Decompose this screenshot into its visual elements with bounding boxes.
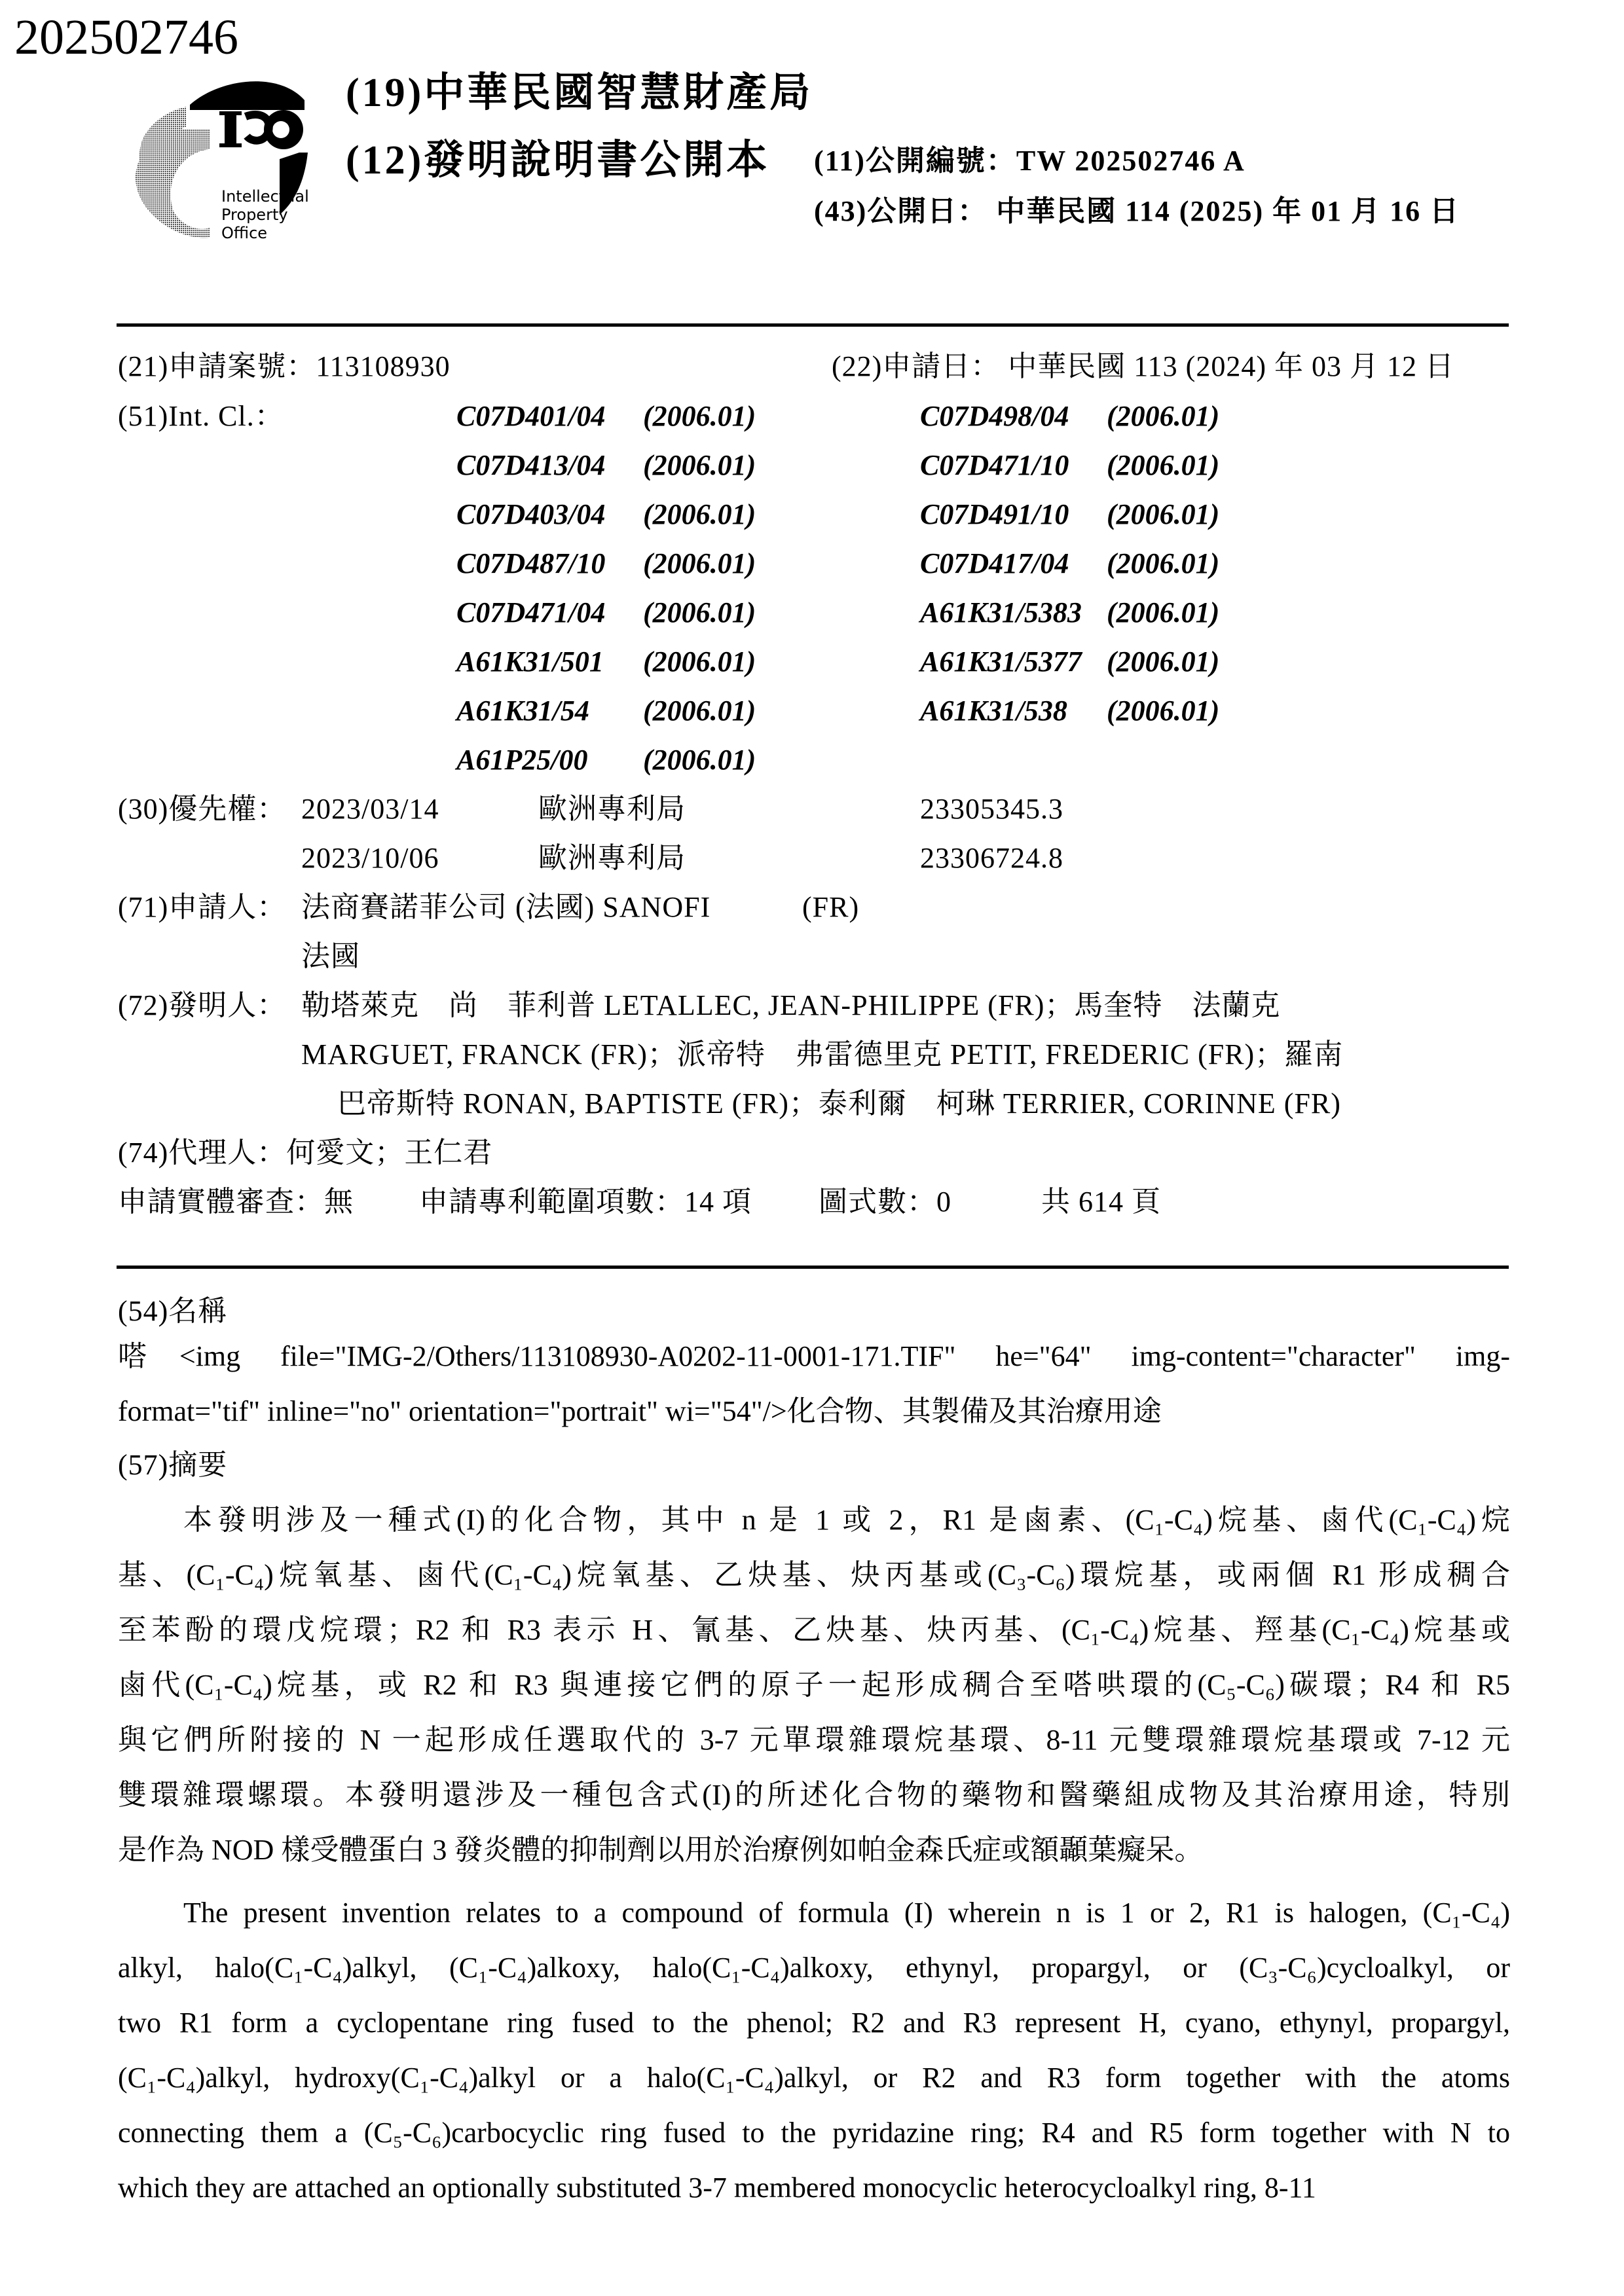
total-pages: 共 614 頁: [1041, 1184, 1161, 1220]
abstract-label: (57)摘要: [118, 1447, 227, 1484]
publication-date: (43)公開日： 中華民國 114 (2025) 年 01 月 16 日: [814, 193, 1460, 230]
priority-office: 歐洲專利局: [538, 791, 686, 828]
abstract-zh-line: 與它們所附接的 N 一起形成任選取代的 3-7 元單環雜環烷基環、8-11 元雙…: [118, 1713, 1510, 1768]
logo-text-1: Intellectual: [221, 187, 309, 206]
applicant-label: (71)申請人：: [118, 889, 286, 926]
ipc-entry: C07D403/04(2006.01): [456, 496, 756, 533]
abstract-en-line: connecting them a (C₅-C₆)carbocyclic rin…: [118, 2105, 1510, 2160]
abstract-en-line: The present invention relates to a compo…: [118, 1886, 1510, 1941]
title-line: format="tif" inline="no" orientation="po…: [118, 1384, 1510, 1439]
abstract-en-line: which they are attached an optionally su…: [118, 2160, 1510, 2215]
ipc-entry: C07D471/10(2006.01): [920, 447, 1219, 484]
int-cl-label: (51)Int. Cl.：: [118, 398, 284, 435]
logo-text-2: Property: [221, 206, 288, 224]
ipc-entry: C07D487/10(2006.01): [456, 545, 756, 582]
logo-text-3: Office: [221, 224, 267, 242]
ipc-entry: C07D471/04(2006.01): [456, 594, 756, 631]
claims-count: 申請專利範圍項數：14 項: [419, 1184, 752, 1220]
filing-date: (22)申請日： 中華民國 113 (2024) 年 03 月 12 日: [832, 348, 1454, 385]
agent: (74)代理人：何愛文；王仁君: [118, 1135, 492, 1171]
applicant-country: 法國: [301, 938, 360, 975]
application-number: (21)申請案號：113108930: [118, 348, 451, 385]
document-type: (12)發明說明書公開本: [346, 134, 769, 187]
abstract-zh-line: 本發明涉及一種式(I)的化合物，其中 n 是 1 或 2，R1 是鹵素、(C₁-…: [118, 1493, 1510, 1548]
ipc-entry: A61K31/5383(2006.01): [920, 594, 1219, 631]
tipo-logo-icon: Intellectual Property Office: [128, 71, 318, 247]
ipc-entry: C07D498/04(2006.01): [920, 398, 1219, 435]
abstract-en-line: alkyl, halo(C₁-C₄)alkyl, (C₁-C₄)alkoxy, …: [118, 1941, 1510, 1995]
document-number: 202502746: [14, 8, 238, 67]
ipc-entry: A61P25/00(2006.01): [456, 742, 756, 778]
ipc-entry: A61K31/501(2006.01): [456, 644, 756, 680]
priority-number: 23305345.3: [920, 791, 1063, 828]
ipc-entry: A61K31/538(2006.01): [920, 693, 1219, 729]
priority-date: 2023/10/06: [301, 840, 439, 877]
abstract-zh-line: 是作為 NOD 樣受體蛋白 3 發炎體的抑制劑以用於治療例如帕金森氏症或額顳葉癡…: [118, 1823, 1510, 1878]
inventor-line: MARGUET, FRANCK (FR)；派帝特 弗雷德里克 PETIT, FR…: [301, 1036, 1343, 1073]
publication-number: (11)公開編號：TW 202502746 A: [814, 143, 1246, 179]
abstract-zh-line: 鹵代(C₁-C₄)烷基，或 R2 和 R3 與連接它們的原子一起形成稠合至嗒哄環…: [118, 1658, 1510, 1713]
abstract-zh-line: 基、(C₁-C₄)烷氧基、鹵代(C₁-C₄)烷氧基、乙炔基、炔丙基或(C₃-C₆…: [118, 1548, 1510, 1603]
exam-request: 申請實體審查：無: [118, 1184, 354, 1220]
ipc-entry: A61K31/54(2006.01): [456, 693, 756, 729]
priority-office: 歐洲專利局: [538, 840, 686, 877]
title-label: (54)名稱: [118, 1293, 227, 1330]
top-divider: [117, 323, 1509, 327]
ipc-entry: C07D401/04(2006.01): [456, 398, 756, 435]
figures-count: 圖式數：0: [819, 1184, 951, 1220]
section-divider: [117, 1266, 1509, 1269]
abstract-zh: 本發明涉及一種式(I)的化合物，其中 n 是 1 或 2，R1 是鹵素、(C₁-…: [118, 1493, 1510, 1878]
ipc-entry: A61K31/5377(2006.01): [920, 644, 1219, 680]
issuing-office: (19)中華民國智慧財產局: [346, 67, 813, 119]
priority-number: 23306724.8: [920, 840, 1063, 877]
abstract-zh-line: 雙環雜環螺環。本發明還涉及一種包含式(I)的所述化合物的藥物和醫藥組成物及其治療…: [118, 1768, 1510, 1823]
abstract-en-line: (C₁-C₄)alkyl, hydroxy(C₁-C₄)alkyl or a h…: [118, 2050, 1510, 2105]
abstract-zh-line: 至苯酚的環戊烷環；R2 和 R3 表示 H、氰基、乙炔基、炔丙基、(C₁-C₄)…: [118, 1603, 1510, 1658]
ipc-entry: C07D413/04(2006.01): [456, 447, 756, 484]
applicant-name: 法商賽諾菲公司 (法國) SANOFI: [301, 889, 710, 926]
applicant-country-code: (FR): [802, 889, 859, 926]
ipc-entry: C07D417/04(2006.01): [920, 545, 1219, 582]
inventor-line: 勒塔萊克 尚 菲利普 LETALLEC, JEAN-PHILIPPE (FR)；…: [301, 987, 1280, 1024]
abstract-en: The present invention relates to a compo…: [118, 1886, 1510, 2215]
inventor-label: (72)發明人：: [118, 987, 286, 1024]
invention-title: 嗒<img file="IMG-2/Others/113108930-A0202…: [118, 1329, 1510, 1439]
priority-label: (30)優先權：: [118, 791, 286, 828]
ipc-entry: C07D491/10(2006.01): [920, 496, 1219, 533]
priority-date: 2023/03/14: [301, 791, 439, 828]
tipo-logo: Intellectual Property Office: [128, 71, 318, 247]
title-line: 嗒<img file="IMG-2/Others/113108930-A0202…: [118, 1329, 1510, 1384]
inventor-line: 巴帝斯特 RONAN, BAPTISTE (FR)；泰利爾 柯琳 TERRIER…: [337, 1085, 1341, 1122]
abstract-en-line: two R1 form a cyclopentane ring fused to…: [118, 1995, 1510, 2050]
